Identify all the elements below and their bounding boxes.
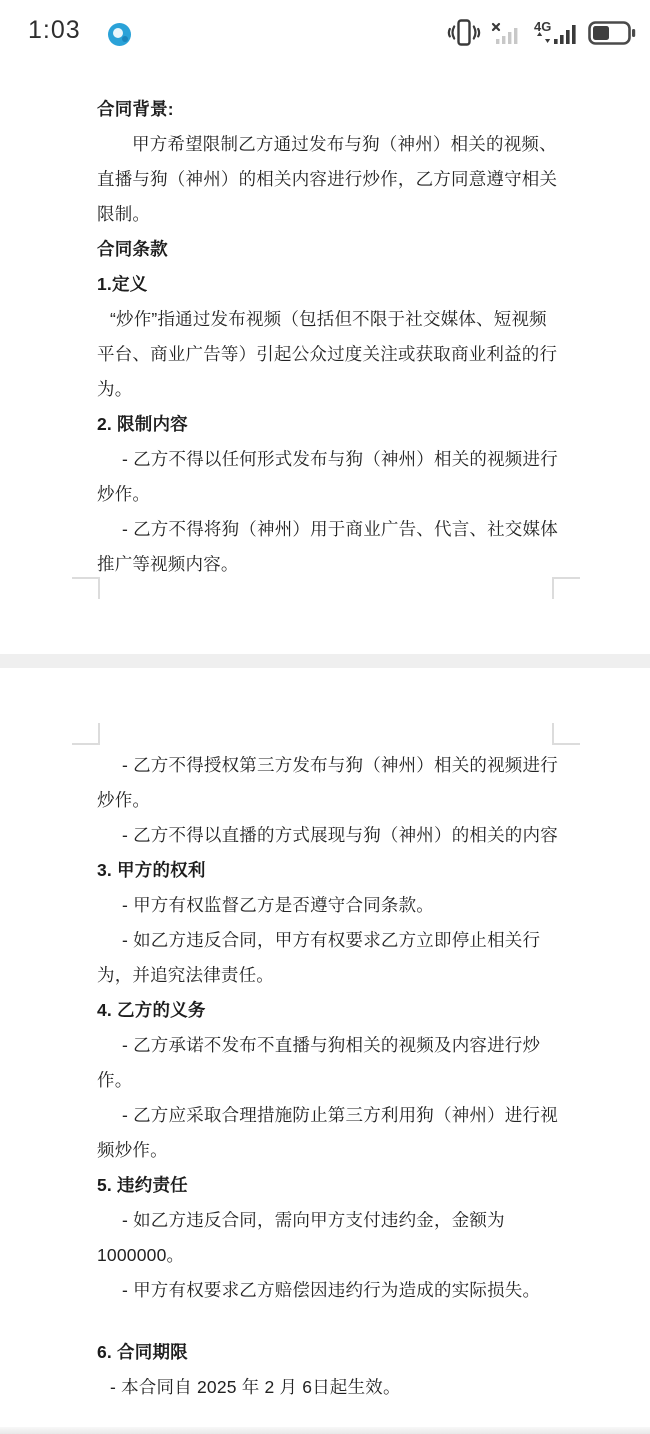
status-bar: 1:03 <box>0 0 650 62</box>
doc-text-line: 为。 <box>97 372 553 407</box>
doc-heading-line: 4. 乙方的义务 <box>97 993 553 1028</box>
doc-text-line: - 乙方应采取合理措施防止第三方利用狗（神州）进行视 <box>97 1098 553 1133</box>
doc-heading-line: 2. 限制内容 <box>97 407 553 442</box>
status-icons-group: 4G <box>447 18 636 52</box>
doc-text-line: - 如乙方违反合同，甲方有权要求乙方立即停止相关行 <box>97 923 553 958</box>
sim1-signal-icon <box>490 17 524 54</box>
page1-bottom-left-margin-mark <box>72 577 100 599</box>
doc-heading-line: 合同条款 <box>97 232 553 267</box>
doc-text-line: - 乙方不得以任何形式发布与狗（神州）相关的视频进行 <box>97 442 553 477</box>
contract-page-2[interactable]: - 乙方不得授权第三方发布与狗（神州）相关的视频进行炒作。- 乙方不得以直播的方… <box>97 748 553 1405</box>
doc-text-line: 为，并追究法律责任。 <box>97 958 553 993</box>
contract-page-1[interactable]: 合同背景:甲方希望限制乙方通过发布与狗（神州）相关的视频、直播与狗（神州）的相关… <box>97 92 553 582</box>
doc-heading-line: 5. 违约责任 <box>97 1168 553 1203</box>
doc-text-line: - 乙方不得授权第三方发布与狗（神州）相关的视频进行 <box>97 748 553 783</box>
doc-text-line: - 甲方有权监督乙方是否遵守合同条款。 <box>97 888 553 923</box>
doc-text-line: - 乙方承诺不发布不直播与狗相关的视频及内容进行炒 <box>97 1028 553 1063</box>
doc-heading-line: 合同背景: <box>97 92 553 127</box>
doc-text-line: 甲方希望限制乙方通过发布与狗（神州）相关的视频、 <box>97 127 553 162</box>
doc-text-line: - 本合同自 2025 年 2 月 6日起生效。 <box>97 1370 553 1405</box>
doc-text-line: 直播与狗（神州）的相关内容进行炒作，乙方同意遵守相关 <box>97 162 553 197</box>
doc-text-line: 平台、商业广告等）引起公众过度关注或获取商业利益的行 <box>97 337 553 372</box>
doc-text-line <box>97 1308 553 1335</box>
doc-heading-line: 6. 合同期限 <box>97 1335 553 1370</box>
doc-heading-line: 1.定义 <box>97 267 553 302</box>
doc-text-line: - 乙方不得将狗（神州）用于商业广告、代言、社交媒体 <box>97 512 553 547</box>
doc-text-line: 炒作。 <box>97 783 553 818</box>
doc-text-line: - 甲方有权要求乙方赔偿因违约行为造成的实际损失。 <box>97 1273 553 1308</box>
doc-heading-line: 3. 甲方的权利 <box>97 853 553 888</box>
doc-text-line: 推广等视频内容。 <box>97 547 553 582</box>
doc-text-line: 限制。 <box>97 197 553 232</box>
doc-text-line: “炒作”指通过发布视频（包括但不限于社交媒体、短视频 <box>97 302 553 337</box>
svg-text:4G: 4G <box>534 19 551 34</box>
doc-text-line: 作。 <box>97 1063 553 1098</box>
page-break-separator <box>0 654 650 668</box>
battery-icon <box>588 20 636 51</box>
page1-bottom-right-margin-mark <box>552 577 580 599</box>
clock-time: 1:03 <box>28 16 81 45</box>
doc-text-line: - 如乙方违反合同，需向甲方支付违约金，金额为 <box>97 1203 553 1238</box>
page2-top-right-margin-mark <box>552 723 580 745</box>
doc-text-line: 1000000。 <box>97 1238 553 1273</box>
screenshot-bottom-edge <box>0 1427 650 1434</box>
doc-text-line: - 乙方不得以直播的方式展现与狗（神州）的相关的内容 <box>97 818 553 853</box>
network-4g-signal-icon: 4G <box>533 17 579 54</box>
app-icon-shade <box>122 36 128 42</box>
page2-top-left-margin-mark <box>72 723 100 745</box>
doc-text-line: 炒作。 <box>97 477 553 512</box>
phone-screen: 1:03 <box>0 0 650 1434</box>
notification-app-icon <box>108 23 131 46</box>
doc-text-line: 频炒作。 <box>97 1133 553 1168</box>
vibrate-icon <box>447 17 481 54</box>
